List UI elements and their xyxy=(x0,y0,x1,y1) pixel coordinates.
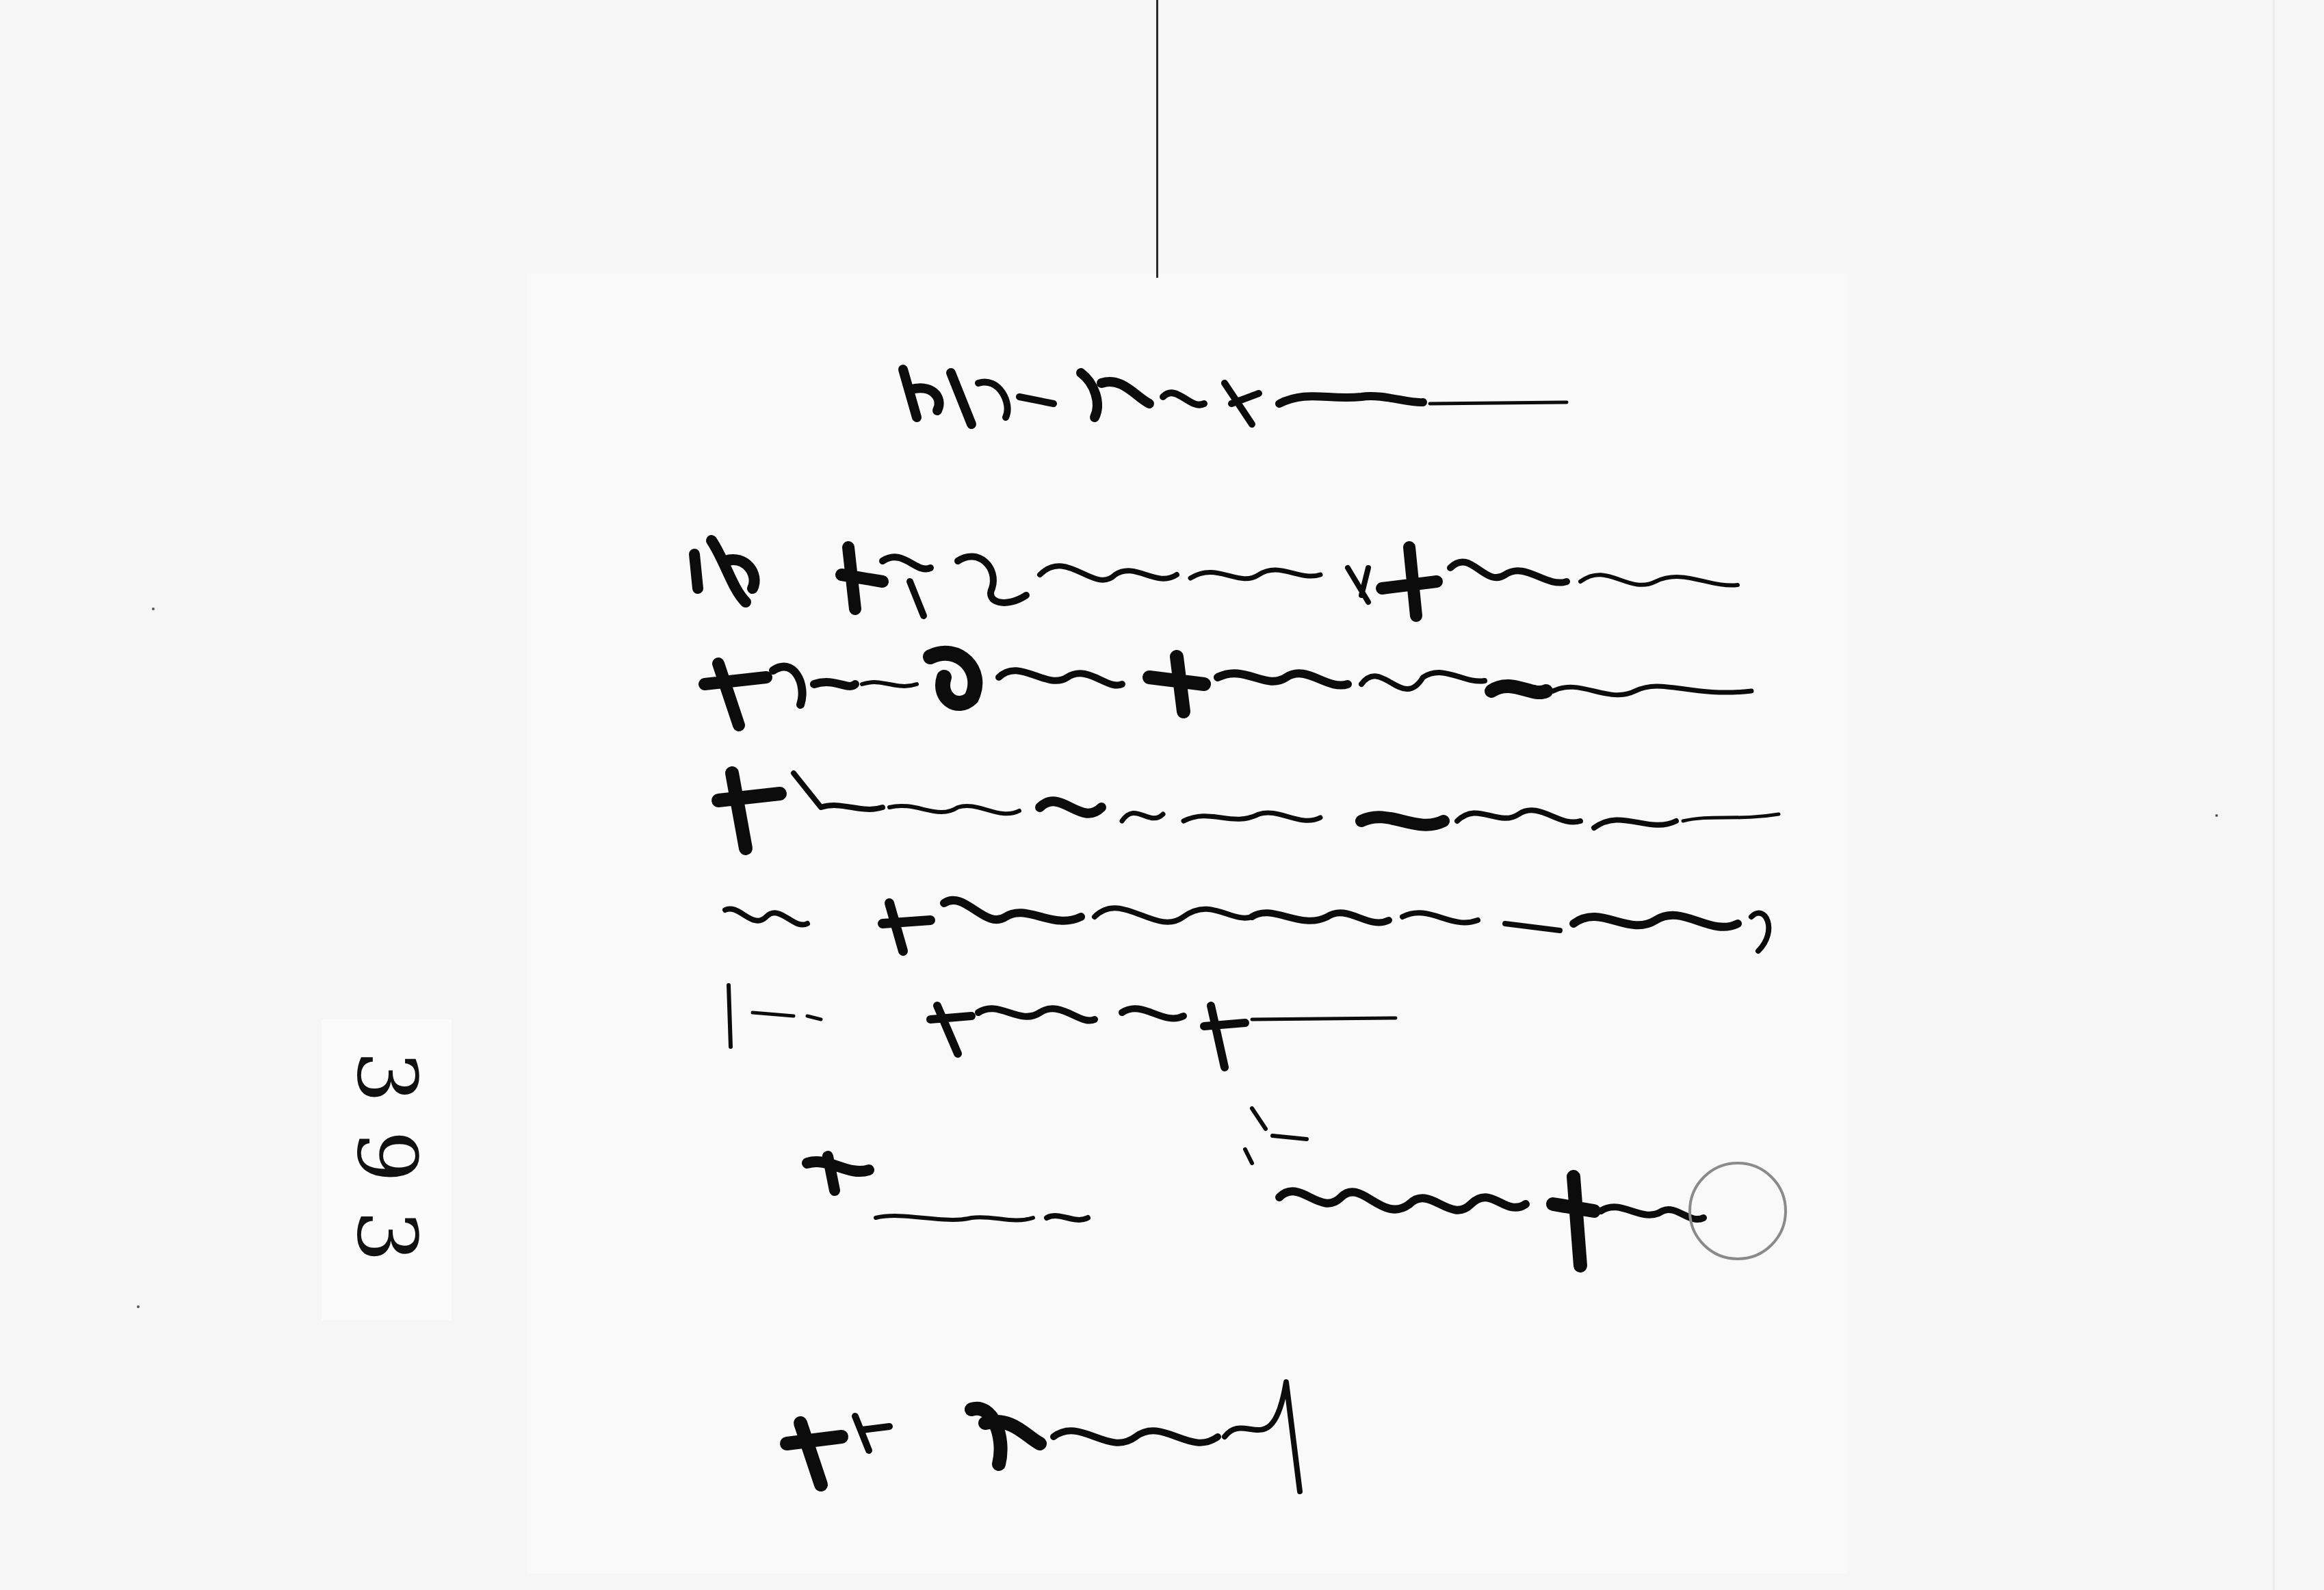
line-body-2 xyxy=(705,653,1751,725)
seal-impression xyxy=(1690,1163,1786,1259)
calligraphy-ink xyxy=(0,0,2324,1590)
line-body-5 xyxy=(729,985,1396,1067)
line-body-4 xyxy=(725,900,1768,951)
line-body-3 xyxy=(718,773,1779,848)
line-addressee xyxy=(787,1382,1300,1491)
line-body-1 xyxy=(694,540,1738,616)
scanned-document: 393 xyxy=(0,0,2324,1590)
line-date xyxy=(807,1156,1088,1221)
line-heading xyxy=(903,369,1567,424)
line-signature xyxy=(1245,1108,1703,1266)
